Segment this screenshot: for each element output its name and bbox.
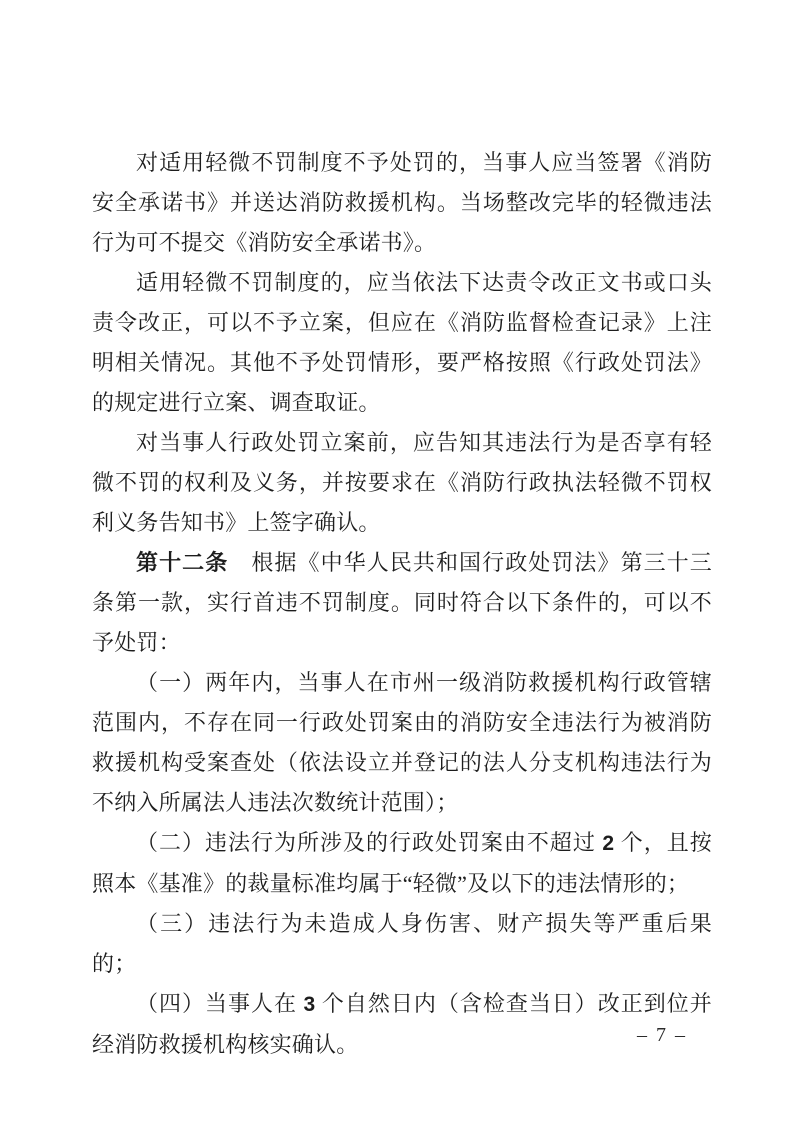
- paragraph-qingwei-bufa-commitment: 对适用轻微不罚制度不予处罚的，当事人应当签署《消防安全承诺书》并送达消防救援机构…: [92, 143, 712, 263]
- paragraph-notification-before-filing: 对当事人行政处罚立案前，应告知其违法行为是否享有轻微不罚的权利及义务，并按要求在…: [92, 423, 712, 543]
- document-body: 对适用轻微不罚制度不予处罚的，当事人应当签署《消防安全承诺书》并送达消防救援机构…: [92, 143, 712, 1065]
- paragraph-condition-1: （一）两年内，当事人在市州一级消防救援机构行政管辖范围内，不存在同一行政处罚案由…: [92, 663, 712, 823]
- paragraph-article-12: 第十二条 根据《中华人民共和国行政处罚法》第三十三条第一款，实行首违不罚制度。同…: [92, 543, 712, 663]
- condition-2-numeral: 2: [602, 832, 614, 855]
- paragraph-qingwei-bufa-procedure: 适用轻微不罚制度的，应当依法下达责令改正文书或口头责令改正，可以不予立案，但应在…: [92, 263, 712, 423]
- document-page: { "page": { "background": "#ffffff", "te…: [0, 0, 793, 1122]
- document-sheet: 对适用轻微不罚制度不予处罚的，当事人应当签署《消防安全承诺书》并送达消防救援机构…: [0, 0, 793, 1122]
- condition-4-text-a: （四）当事人在: [136, 991, 303, 1016]
- condition-2-text-a: （二）违法行为所涉及的行政处罚案由不超过: [136, 830, 602, 855]
- paragraph-condition-2: （二）违法行为所涉及的行政处罚案由不超过 2 个，且按照本《基准》的裁量标准均属…: [92, 823, 712, 904]
- paragraph-condition-3: （三）违法行为未造成人身伤害、财产损失等严重后果的；: [92, 904, 712, 984]
- page-number: – 7 –: [637, 1024, 687, 1046]
- page-footer: – 7 –: [637, 1024, 687, 1047]
- paragraph-condition-4: （四）当事人在 3 个自然日内（含检查当日）改正到位并经消防救援机构核实确认。: [92, 984, 712, 1065]
- article-12-number: 第十二条: [136, 550, 228, 575]
- condition-4-numeral: 3: [303, 993, 315, 1016]
